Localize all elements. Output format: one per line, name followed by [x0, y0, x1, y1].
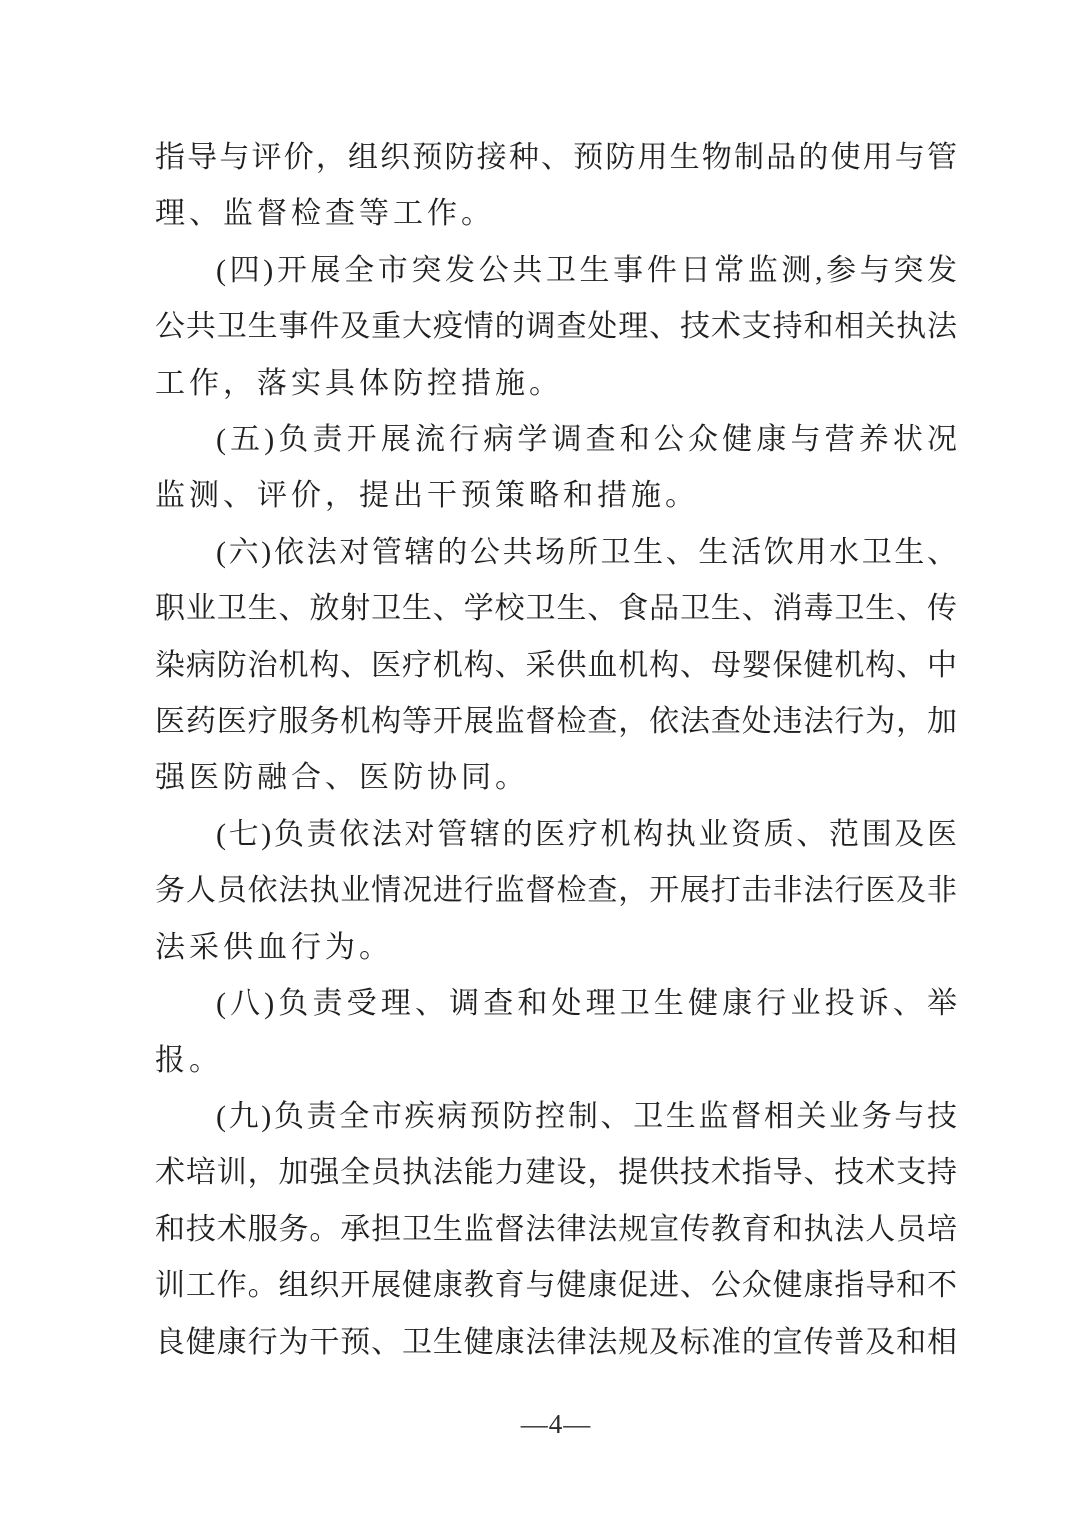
text-line: 报。	[155, 1033, 957, 1089]
text-line: (八)负责受理、调查和处理卫生健康行业投诉、举	[155, 976, 957, 1032]
text-line: 医药医疗服务机构等开展监督检查，依法查处违法行为，加	[155, 694, 957, 750]
text-line: 染病防治机构、医疗机构、采供血机构、母婴保健机构、中	[155, 638, 957, 694]
text-line: (四)开展全市突发公共卫生事件日常监测,参与突发	[155, 243, 957, 299]
document-body: 指导与评价，组织预防接种、预防用生物制品的使用与管 理、监督检查等工作。 (四)…	[155, 130, 957, 1371]
text-line: (七)负责依法对管辖的医疗机构执业资质、范围及医	[155, 807, 957, 863]
text-line: 良健康行为干预、卫生健康法律法规及标准的宣传普及和相	[155, 1315, 957, 1371]
page-footer: —4—	[155, 1396, 957, 1457]
text-line: (九)负责全市疾病预防控制、卫生监督相关业务与技	[155, 1089, 957, 1145]
text-line: 强医防融合、医防协同。	[155, 750, 957, 806]
text-line: 工作，落实具体防控措施。	[155, 356, 957, 412]
text-line: 指导与评价，组织预防接种、预防用生物制品的使用与管	[155, 130, 957, 186]
text-line: (五)负责开展流行病学调查和公众健康与营养状况	[155, 412, 957, 468]
text-line: (六)依法对管辖的公共场所卫生、生活饮用水卫生、	[155, 525, 957, 581]
document-page: 指导与评价，组织预防接种、预防用生物制品的使用与管 理、监督检查等工作。 (四)…	[0, 0, 1074, 1520]
text-line: 和技术服务。承担卫生监督法律法规宣传教育和执法人员培	[155, 1202, 957, 1258]
text-line: 监测、评价，提出干预策略和措施。	[155, 468, 957, 524]
text-line: 理、监督检查等工作。	[155, 186, 957, 242]
text-line: 职业卫生、放射卫生、学校卫生、食品卫生、消毒卫生、传	[155, 581, 957, 637]
text-line: 公共卫生事件及重大疫情的调查处理、技术支持和相关执法	[155, 299, 957, 355]
page-number: —4—	[521, 1409, 592, 1439]
text-line: 务人员依法执业情况进行监督检查，开展打击非法行医及非	[155, 863, 957, 919]
text-line: 术培训，加强全员执法能力建设，提供技术指导、技术支持	[155, 1145, 957, 1201]
text-line: 法采供血行为。	[155, 920, 957, 976]
text-line: 训工作。组织开展健康教育与健康促进、公众健康指导和不	[155, 1258, 957, 1314]
